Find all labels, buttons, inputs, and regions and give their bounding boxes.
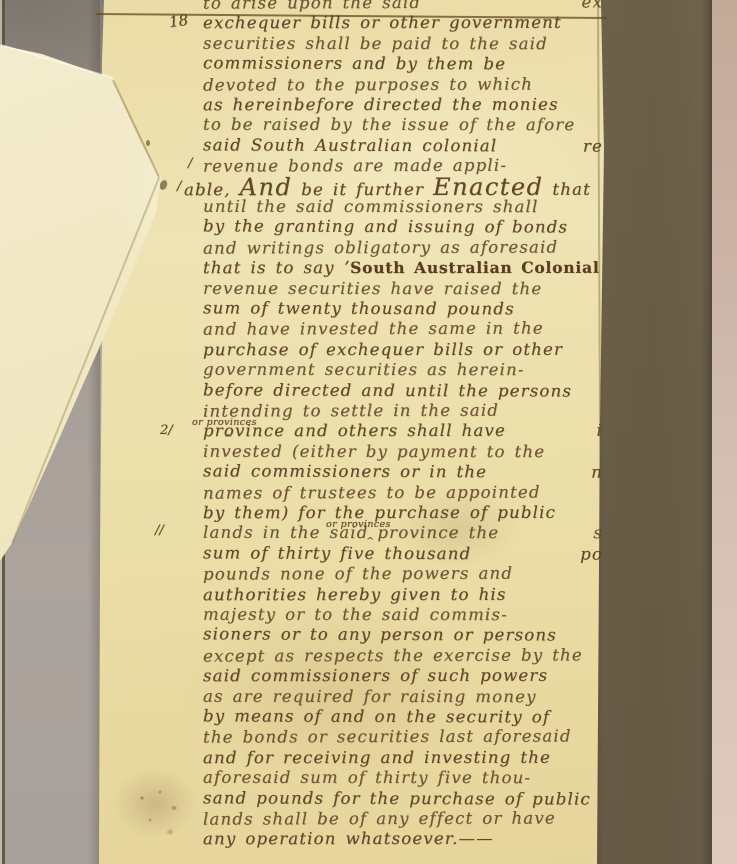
catchword: s [593,524,603,544]
manuscript-line: devoted to the purposes to which [203,74,603,96]
manuscript-line: that is to say ʼSouth Australian Colonia… [203,258,603,279]
ink-blot [146,140,150,146]
interlineation: or provinces [192,417,257,428]
margin-mark: // [155,523,164,538]
manuscript-line: and writings obligatory as aforesaid [203,237,603,259]
manuscript-line: securities shall be paid to the said [203,34,603,55]
manuscript-line: names of trustees to be appointed [203,482,603,504]
catchword: ex [581,0,603,12]
parchment-left-edge-top [100,0,102,62]
manuscript-line: intending to settle in the said [203,400,603,422]
manuscript-line: said South Australian colonialre [203,135,603,157]
margin-mark: / [188,156,192,171]
manuscript-line: sum of thirty five thousandpo [203,543,603,565]
manuscript-line: lands shall be of any effect or have [203,808,603,830]
caret-icon: ^ [366,537,374,546]
manuscript-line: by them) for the purchase of public [203,503,603,524]
manuscript-line: by the granting and issuing of bonds [203,217,603,239]
manuscript-line: as are required for raising money [203,686,603,707]
manuscript-text: to arise upon the saidexexchequer bills … [203,0,603,864]
manuscript-line: to be raised by the issue of the afore [203,115,603,136]
stain-speckles [130,786,194,844]
catchword: re [583,136,603,156]
manuscript-line: sum of twenty thousand pounds [203,298,603,320]
manuscript-line: sioners or to any person or persons [203,625,603,647]
manuscript-line: before directed and until the persons [203,380,603,402]
manuscript-line: commissioners and by them be [203,54,603,76]
manuscript-line: said commissioners or in then [203,462,603,484]
membrane-number: 18 [168,11,189,31]
manuscript-line: majesty or to the said commis- [203,605,603,626]
manuscript-line: any operation whatsoever.—— [203,829,603,850]
manuscript-line: purchase of exchequer bills or other [203,340,603,361]
manuscript-line: invested (either by payment to the [203,442,603,463]
manuscript-line: exchequer bills or other government [203,13,603,34]
manuscript-line: and for receiving and investing the [203,748,603,769]
manuscript-line: said commissioners of such powers [203,666,603,687]
manuscript-line: revenue securities have raised the [203,278,603,299]
catchword: n [591,463,603,483]
caret-icon: ^ [224,434,232,443]
margin-mark: / [177,179,181,194]
margin-mark: 2/ [160,423,173,438]
photograph: 18 to arise upon the saidexexchequer bil… [0,0,737,864]
catchword: po [580,544,603,564]
manuscript-line: province and others shall havei [203,421,603,442]
manuscript-line: except as respects the exercise by the [203,645,603,667]
manuscript-line: aforesaid sum of thirty five thou- [203,768,603,789]
interlineation: or provinces [326,519,391,530]
manuscript-line: until the said commissioners shall [203,197,603,218]
manuscript-line: able, And be it further Enacted that [184,176,584,197]
manuscript-line: by means of and on the security of [203,706,603,728]
manuscript-line: pounds none of the powers and [203,564,603,586]
manuscript-line: lands in the said province thes [203,523,603,544]
mount-edge-strip [712,0,737,864]
manuscript-line: sand pounds for the purchase of public [203,788,603,810]
mat-strip-right [590,0,710,864]
manuscript-line: and have invested the same in the [203,319,603,341]
catchword: i [597,421,604,441]
manuscript-line: authorities hereby given to his [203,584,603,605]
manuscript-line: the bonds or securities last aforesaid [203,727,603,749]
manuscript-line: government securities as herein- [203,360,603,381]
manuscript-line: as hereinbefore directed the monies [203,95,603,116]
